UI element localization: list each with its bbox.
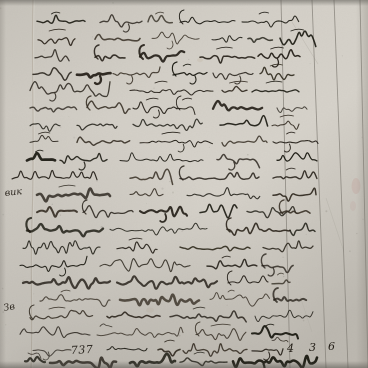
manuscript-photo: вик Зв 737 4 3 6 — [0, 0, 368, 368]
manuscript-canvas: вик Зв 737 4 3 6 — [0, 0, 368, 368]
vignette — [0, 0, 368, 368]
